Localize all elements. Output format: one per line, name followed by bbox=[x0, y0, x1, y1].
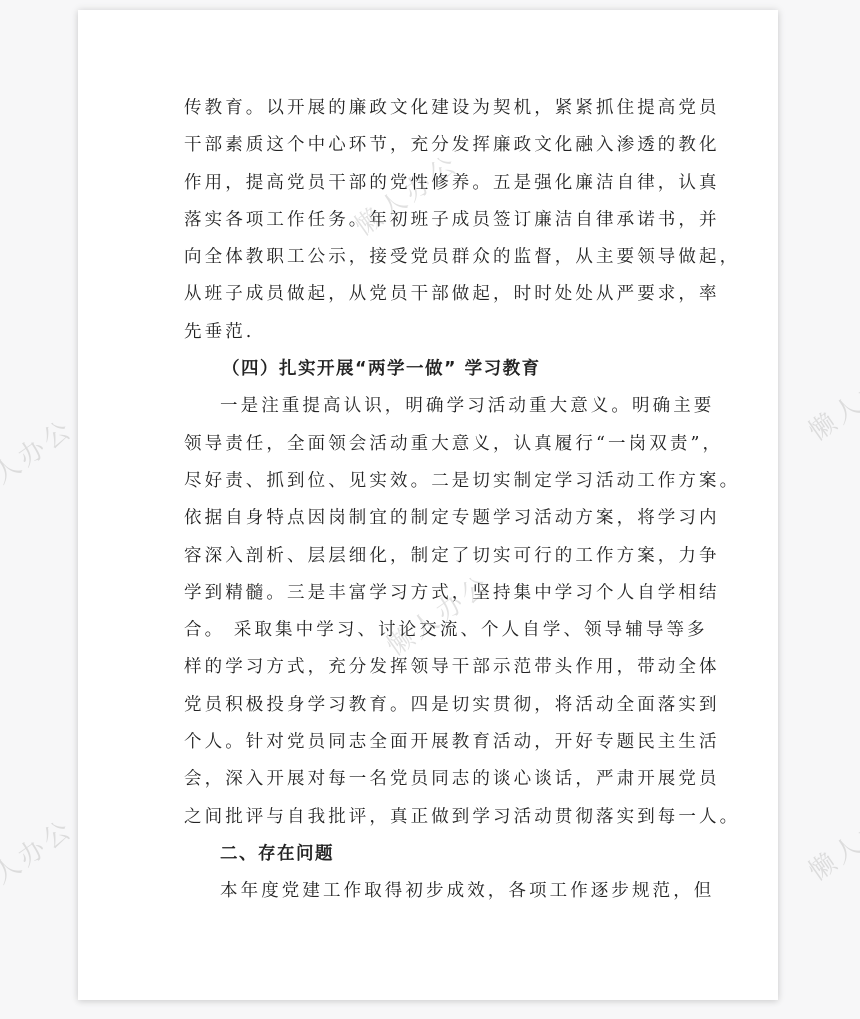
paragraph-line: 会，深入开展对每一名党员同志的谈心谈话，严肃开展党员 bbox=[184, 761, 678, 798]
paragraph-line: 从班子成员做起，从党员干部做起，时时处处从严要求，率 bbox=[184, 276, 678, 313]
watermark: 懒人办公 bbox=[0, 809, 80, 908]
paragraph-line: 之间批评与自我批评，真正做到学习活动贯彻落实到每一人。 bbox=[184, 799, 678, 836]
paragraph-line: 尽好责、抓到位、见实效。二是切实制定学习活动工作方案。 bbox=[184, 463, 678, 500]
paragraph-line: 干部素质这个中心环节，充分发挥廉政文化融入渗透的教化 bbox=[184, 127, 678, 164]
section-subheading: （四）扎实开展“两学一做” 学习教育 bbox=[184, 351, 678, 388]
paragraph-line: 依据自身特点因岗制宜的制定专题学习活动方案，将学习内 bbox=[184, 500, 678, 537]
watermark: 懒人办公 bbox=[800, 349, 860, 448]
paragraph-line: 作用，提高党员干部的党性修养。五是强化廉洁自律，认真 bbox=[184, 165, 678, 202]
watermark: 懒人办公 bbox=[0, 409, 80, 508]
document-page: 懒人办公 懒人办公 传教育。以开展的廉政文化建设为契机，紧紧抓住提高党员 干部素… bbox=[78, 10, 778, 1000]
paragraph-line: 样的学习方式，充分发挥领导干部示范带头作用，带动全体 bbox=[184, 649, 678, 686]
paragraph-line: 传教育。以开展的廉政文化建设为契机，紧紧抓住提高党员 bbox=[184, 90, 678, 127]
paragraph-line: 一是注重提高认识，明确学习活动重大意义。明确主要 bbox=[184, 388, 678, 425]
document-body: 传教育。以开展的廉政文化建设为契机，紧紧抓住提高党员 干部素质这个中心环节，充分… bbox=[184, 90, 678, 911]
paragraph-line: 个人。针对党员同志全面开展教育活动，开好专题民主生活 bbox=[184, 724, 678, 761]
paragraph-line: 合。 采取集中学习、讨论交流、个人自学、领导辅导等多 bbox=[184, 612, 678, 649]
section-heading: 二、存在问题 bbox=[184, 836, 678, 873]
paragraph-line: 先垂范. bbox=[184, 314, 678, 351]
document-viewer: 懒人办公 懒人办公 懒人办公 懒人办公 懒人办公 懒人办公 传教育。以开展的廉政… bbox=[0, 0, 860, 1019]
watermark: 懒人办公 bbox=[800, 789, 860, 888]
paragraph-line: 党员积极投身学习教育。四是切实贯彻，将活动全面落实到 bbox=[184, 687, 678, 724]
paragraph-line: 学到精髓。三是丰富学习方式，坚持集中学习个人自学相结 bbox=[184, 575, 678, 612]
paragraph-line: 向全体教职工公示，接受党员群众的监督，从主要领导做起， bbox=[184, 239, 678, 276]
paragraph-line: 落实各项工作任务。年初班子成员签订廉洁自律承诺书，并 bbox=[184, 202, 678, 239]
paragraph-line: 领导责任，全面领会活动重大意义，认真履行“一岗双责”， bbox=[184, 426, 678, 463]
paragraph-line: 本年度党建工作取得初步成效，各项工作逐步规范，但 bbox=[184, 873, 678, 910]
paragraph-line: 容深入剖析、层层细化，制定了切实可行的工作方案，力争 bbox=[184, 538, 678, 575]
